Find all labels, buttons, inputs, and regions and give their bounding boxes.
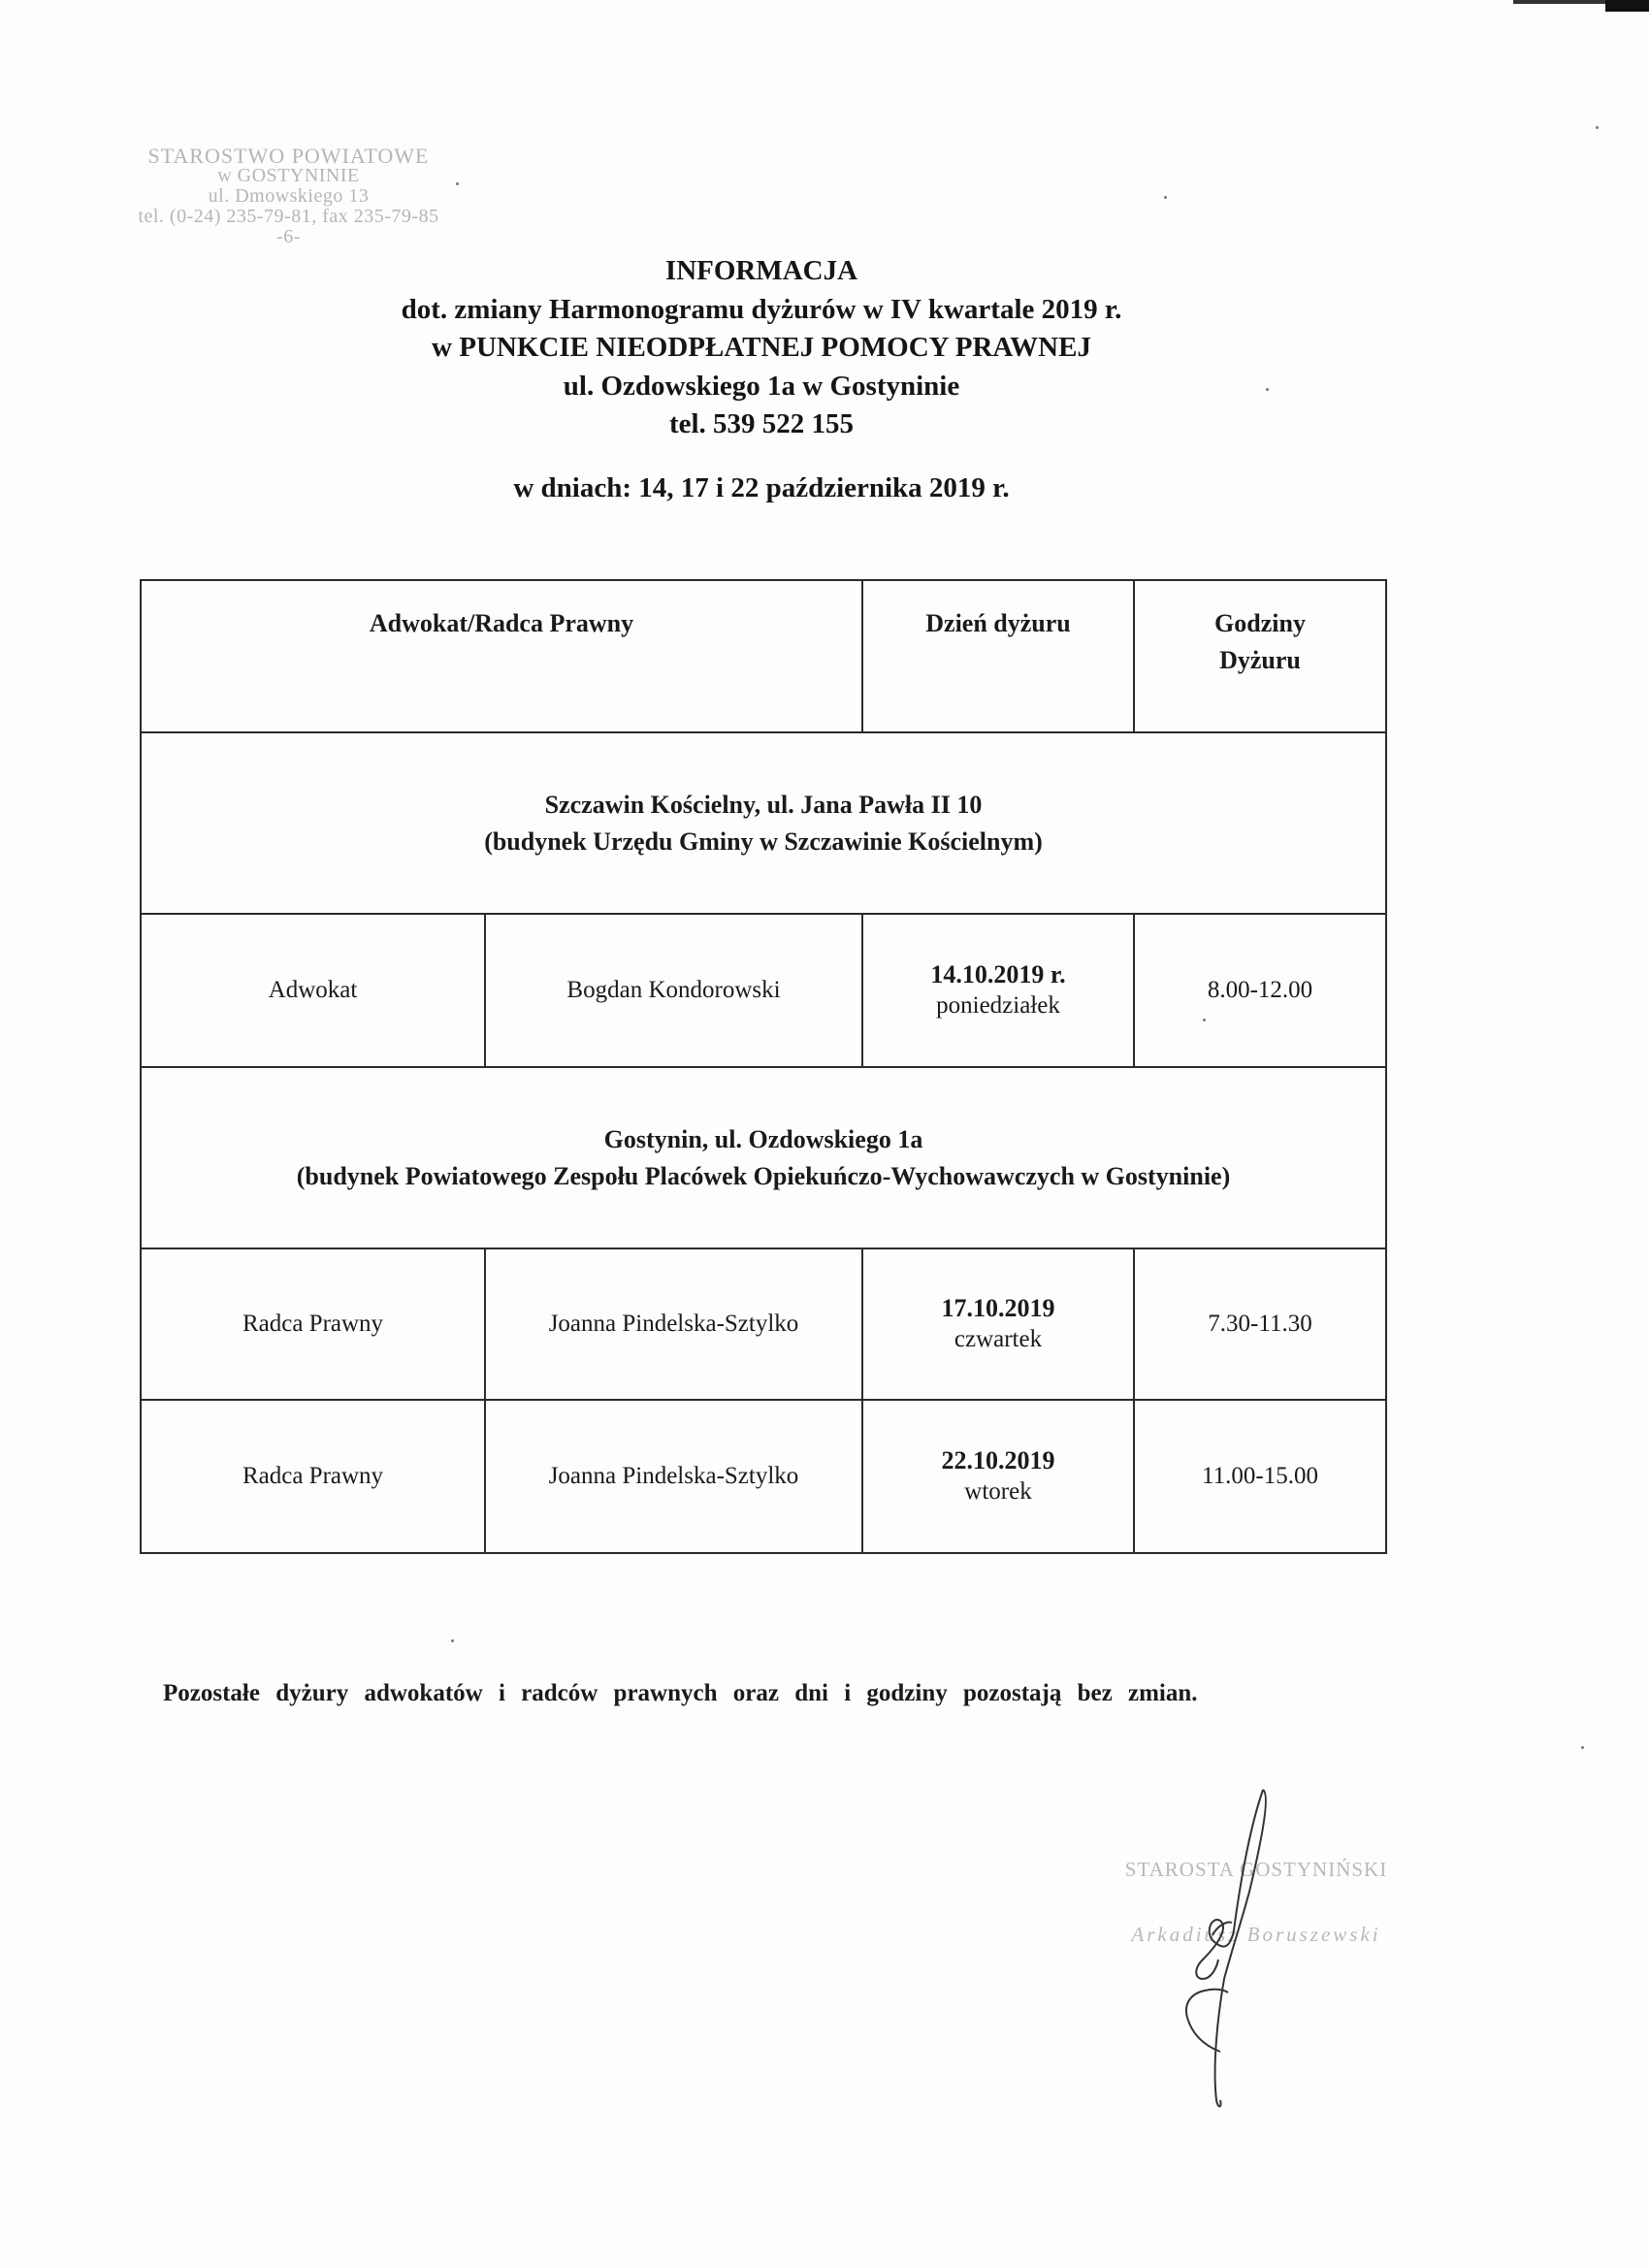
header-role-name: Adwokat/Radca Prawny [142,581,861,731]
section-location: Szczawin Kościelny, ul. Jana Pawła II 10 [545,787,983,824]
duty-weekday: poniedziałek [930,990,1065,1021]
scan-speck [1581,1746,1584,1749]
section-location: Gostynin, ul. Ozdowskiego 1a [604,1121,923,1158]
scan-speck [1596,126,1599,129]
scan-speck [1164,196,1167,199]
role-cell: Adwokat [142,915,484,1066]
issuer-stamp-line: -6- [102,227,475,247]
section-building: (budynek Powiatowego Zespołu Placówek Op… [297,1158,1231,1195]
duty-date: 17.10.2019 [942,1293,1055,1324]
name-cell: Joanna Pindelska-Sztylko [484,1249,861,1399]
header-day: Dzień dyżuru [861,581,1133,731]
table-row: Radca Prawny Joanna Pindelska-Sztylko 17… [142,1247,1385,1399]
title-dates: w dniach: 14, 17 i 22 października 2019 … [136,470,1387,508]
table-header-row: Adwokat/Radca Prawny Dzień dyżuru Godzin… [142,581,1385,731]
issuer-stamp: STAROSTWO POWIATOWE w GOSTYNINIE ul. Dmo… [102,146,475,247]
day-cell: 22.10.2019 wtorek [861,1401,1133,1552]
duty-schedule-table: Adwokat/Radca Prawny Dzień dyżuru Godzin… [140,579,1387,1554]
scanned-document-page: STAROSTWO POWIATOWE w GOSTYNINIE ul. Dmo… [0,0,1649,2268]
day-cell: 17.10.2019 czwartek [861,1249,1133,1399]
scan-speck [1203,1019,1206,1021]
section-row: Gostynin, ul. Ozdowskiego 1a (budynek Po… [142,1066,1385,1247]
title-subject: dot. zmiany Harmonogramu dyżurów w IV kw… [136,291,1387,330]
title-address: ul. Ozdowskiego 1a w Gostyninie [136,368,1387,406]
issuer-stamp-line: w GOSTYNINIE [102,166,475,186]
header-hours: Godziny Dyżuru [1133,581,1385,731]
header-hours-label: Godziny Dyżuru [1187,605,1333,679]
document-title-block: INFORMACJA dot. zmiany Harmonogramu dyżu… [136,252,1387,507]
issuer-stamp-line: tel. (0-24) 235-79-81, fax 235-79-85 [102,207,475,227]
scan-speck [456,182,459,185]
scan-speck [451,1639,454,1642]
title-phone: tel. 539 522 155 [136,405,1387,444]
hours-cell: 8.00-12.00 [1133,915,1385,1066]
section-row: Szczawin Kościelny, ul. Jana Pawła II 10… [142,731,1385,913]
role-cell: Radca Prawny [142,1401,484,1552]
duty-date: 14.10.2019 r. [930,959,1065,990]
hours-cell: 11.00-15.00 [1133,1401,1385,1552]
name-cell: Bogdan Kondorowski [484,915,861,1066]
issuer-stamp-line: STAROSTWO POWIATOWE [102,146,475,166]
name-cell: Joanna Pindelska-Sztylko [484,1401,861,1552]
duty-weekday: wtorek [942,1476,1055,1507]
handwritten-signature-icon [1183,1785,1339,2115]
section-location-cell: Szczawin Kościelny, ul. Jana Pawła II 10… [142,733,1385,913]
document-heading: INFORMACJA [136,252,1387,291]
table-row: Radca Prawny Joanna Pindelska-Sztylko 22… [142,1399,1385,1552]
duty-date: 22.10.2019 [942,1445,1055,1476]
role-cell: Radca Prawny [142,1249,484,1399]
day-cell: 14.10.2019 r. poniedziałek [861,915,1133,1066]
closing-note: Pozostałe dyżury adwokatów i radców praw… [163,1664,1383,1723]
section-building: (budynek Urzędu Gminy w Szczawinie Kości… [484,824,1043,860]
duty-weekday: czwartek [942,1324,1055,1355]
scan-corner-artifact [1605,0,1649,12]
issuer-stamp-line: ul. Dmowskiego 13 [102,186,475,207]
section-location-cell: Gostynin, ul. Ozdowskiego 1a (budynek Po… [142,1068,1385,1247]
hours-cell: 7.30-11.30 [1133,1249,1385,1399]
table-row: Adwokat Bogdan Kondorowski 14.10.2019 r.… [142,913,1385,1066]
scan-speck [1266,388,1269,391]
title-office: w PUNKCIE NIEODPŁATNEJ POMOCY PRAWNEJ [136,329,1387,368]
